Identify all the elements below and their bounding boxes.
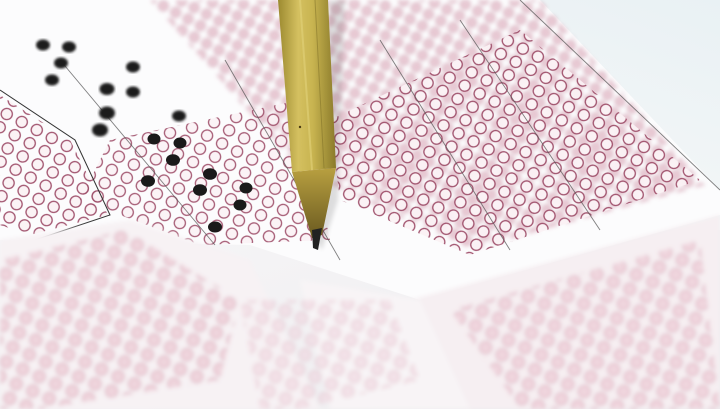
answer-sheet-illustration bbox=[0, 0, 720, 409]
photo-scene: Close-up photo of a multiple-choice opti… bbox=[0, 0, 720, 409]
